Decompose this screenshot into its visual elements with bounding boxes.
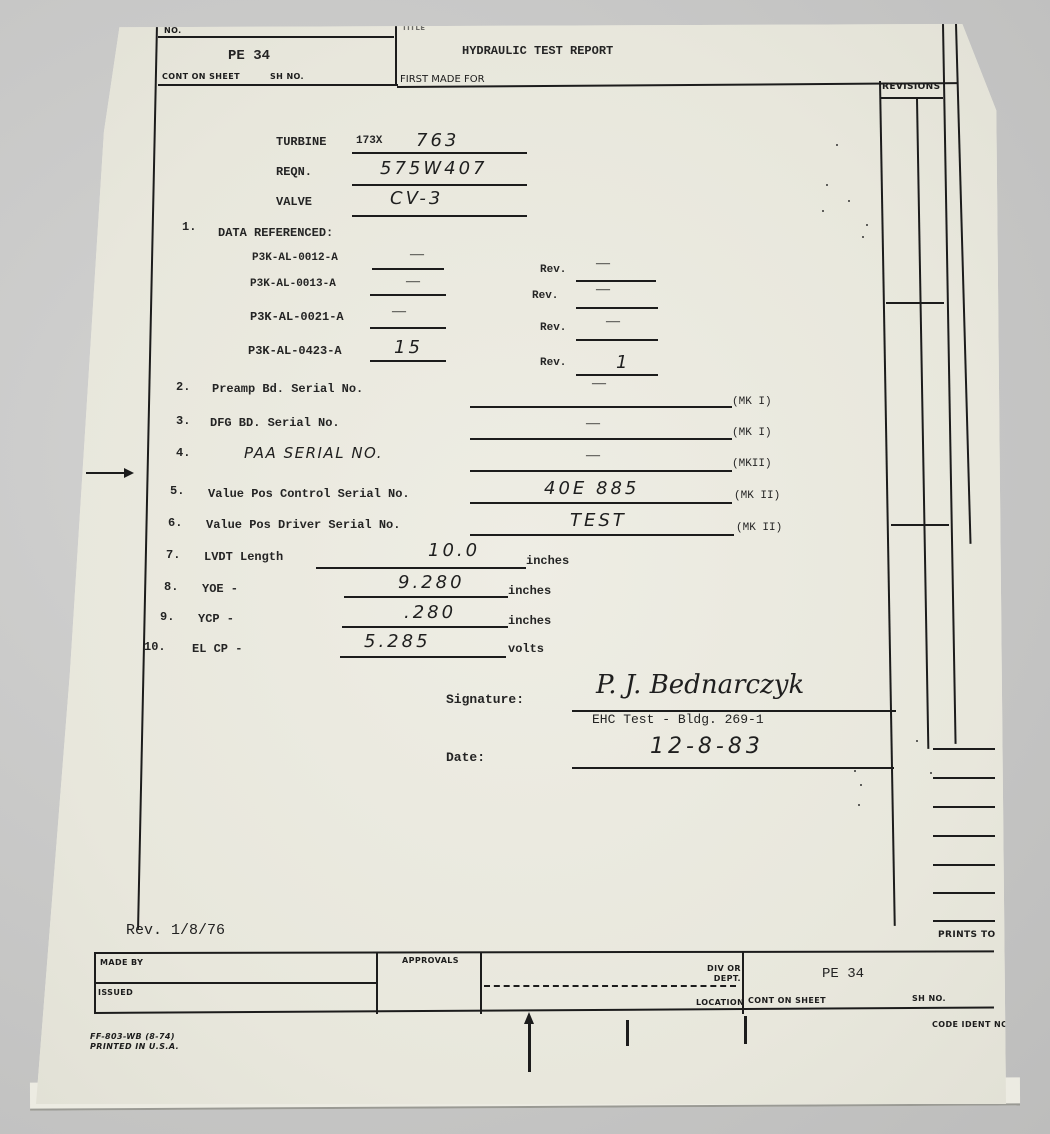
signature-label: Signature: xyxy=(446,692,524,707)
cont-on-sheet-label-top: CONT ON SHEET xyxy=(162,72,240,81)
data-ref-rev-label: Rev. xyxy=(532,290,558,302)
form-code: FF-803-WB (8-74) xyxy=(90,1032,175,1041)
data-ref-value[interactable]: — xyxy=(392,304,406,320)
data-ref-doc: P3K-AL-0013-A xyxy=(250,278,336,290)
data-ref-value[interactable]: — xyxy=(410,247,424,263)
item-suffix: (MK II) xyxy=(734,490,780,502)
cont-on-sheet-label-bottom: CONT ON SHEET xyxy=(748,996,826,1005)
item-value[interactable]: — xyxy=(586,448,600,464)
div-dept-dashed-line xyxy=(484,985,736,987)
item-number: 5. xyxy=(170,484,184,498)
item-number: 10. xyxy=(144,640,166,654)
signature-value[interactable]: P. J. Bednarczyk xyxy=(596,670,804,700)
item-number: 9. xyxy=(160,610,174,624)
item-value[interactable]: 9.280 xyxy=(398,572,465,593)
turbine-field-line xyxy=(352,152,527,154)
item-field-line xyxy=(342,626,508,628)
item-field-line xyxy=(344,596,508,598)
approvals-label: APPROVALS xyxy=(402,956,459,965)
item-field-line xyxy=(340,656,506,658)
turbine-value[interactable]: 763 xyxy=(416,130,459,151)
first-made-for-label: FIRST MADE FOR xyxy=(400,74,485,85)
top-divider xyxy=(158,36,394,38)
item-label: DFG BD. Serial No. xyxy=(210,416,340,430)
data-ref-rev-label: Rev. xyxy=(540,322,566,334)
valve-label: VALVE xyxy=(276,195,312,209)
valve-field-line xyxy=(352,215,527,217)
top-block-bottom xyxy=(158,84,398,86)
item-field-line xyxy=(470,502,732,504)
item-unit: inches xyxy=(508,584,551,598)
data-ref-doc: P3K-AL-0021-A xyxy=(250,310,344,324)
turbine-label: TURBINE xyxy=(276,135,326,149)
prints-row-1 xyxy=(933,748,995,750)
sheet-edge-line xyxy=(955,24,972,544)
item-label: YCP - xyxy=(198,612,234,626)
approvals-right xyxy=(480,952,482,1014)
item-label: Value Pos Control Serial No. xyxy=(208,487,410,501)
item-number: 6. xyxy=(168,516,182,530)
revisions-right-line xyxy=(942,24,957,744)
item-number: 4. xyxy=(176,446,190,460)
data-ref-rev-label: Rev. xyxy=(540,357,566,369)
reqn-label: REQN. xyxy=(276,165,312,179)
drawing-number-bottom: PE 34 xyxy=(822,966,864,982)
item-value[interactable]: 10.0 xyxy=(428,540,480,561)
signature-department: EHC Test - Bldg. 269-1 xyxy=(592,712,764,727)
item-value[interactable]: .280 xyxy=(404,602,456,623)
report-title: HYDRAULIC TEST REPORT xyxy=(462,44,613,58)
item-label: YOE - xyxy=(202,582,238,596)
data-ref-rev-value[interactable]: — xyxy=(596,256,610,272)
data-ref-rev-value[interactable]: — xyxy=(596,282,610,298)
drawing-number-top: PE 34 xyxy=(228,48,270,64)
location-label: LOCATION xyxy=(696,998,744,1007)
data-ref-rev-line xyxy=(576,280,656,282)
item-label-handwritten: PAA SERIAL NO. xyxy=(244,444,383,462)
approvals-left xyxy=(376,952,378,1014)
code-ident-label: CODE IDENT NO xyxy=(932,1020,1008,1029)
item-field-line xyxy=(316,567,526,569)
prints-row-6 xyxy=(933,892,995,894)
item-unit: inches xyxy=(526,554,569,568)
reqn-field-line xyxy=(352,184,527,186)
data-ref-rev-label: Rev. xyxy=(540,264,566,276)
data-ref-line xyxy=(370,360,446,362)
item-suffix: (MK I) xyxy=(732,427,772,439)
left-border-line xyxy=(137,24,158,929)
margin-arrow-shaft xyxy=(86,472,128,474)
item-unit: volts xyxy=(508,642,544,656)
item-number: 7. xyxy=(166,548,180,562)
item-value[interactable]: 40E 885 xyxy=(544,478,639,499)
item-value[interactable]: — xyxy=(592,376,606,392)
tick-mark xyxy=(626,1020,629,1046)
revisions-label: REVISIONS xyxy=(882,82,941,92)
valve-value[interactable]: CV-3 xyxy=(390,188,443,209)
form-revision: Rev. 1/8/76 xyxy=(126,922,225,939)
revisions-left-line xyxy=(879,81,896,926)
item-number: 8. xyxy=(164,580,178,594)
prints-row-3 xyxy=(933,806,995,808)
revisions-mid-line xyxy=(916,99,929,749)
prints-to-label: PRINTS TO xyxy=(938,930,996,940)
center-arrow-icon xyxy=(524,1012,534,1024)
issued-label: ISSUED xyxy=(98,988,133,997)
prints-row-7 xyxy=(933,920,995,922)
date-value[interactable]: 12-8-83 xyxy=(650,734,764,759)
item-label: EL CP - xyxy=(192,642,242,656)
prints-row-4 xyxy=(933,835,995,837)
item-field-line xyxy=(470,534,734,536)
item-number: 2. xyxy=(176,380,190,394)
tick-mark xyxy=(744,1016,747,1044)
data-ref-rev-value[interactable]: — xyxy=(606,314,620,330)
item-field-line xyxy=(470,470,732,472)
prints-row-2 xyxy=(933,777,995,779)
data-ref-doc: P3K-AL-0012-A xyxy=(252,252,338,264)
data-ref-value[interactable]: 15 xyxy=(394,337,423,358)
made-by-label: MADE BY xyxy=(100,958,143,967)
reqn-value[interactable]: 575W407 xyxy=(380,158,488,179)
revisions-row-line-2 xyxy=(891,524,949,526)
sh-no-label-top: SH NO. xyxy=(270,72,304,81)
data-ref-line xyxy=(372,268,444,270)
center-arrow-shaft xyxy=(528,1020,531,1072)
data-ref-rev-line xyxy=(576,339,658,341)
item-label: LVDT Length xyxy=(204,550,283,564)
item-unit: inches xyxy=(508,614,551,628)
title-separator xyxy=(395,24,397,86)
item-number: 3. xyxy=(176,414,190,428)
data-ref-rev-value[interactable]: 1 xyxy=(616,352,630,373)
made-by-divider xyxy=(96,982,376,984)
turbine-prefix: 173X xyxy=(356,135,382,147)
item-value[interactable]: TEST xyxy=(570,510,627,531)
item-value[interactable]: — xyxy=(586,416,600,432)
date-label: Date: xyxy=(446,750,485,765)
item-label: Preamp Bd. Serial No. xyxy=(212,382,363,396)
bottom-block-top xyxy=(94,950,994,954)
item-suffix: (MK II) xyxy=(736,522,782,534)
item-1-number: 1. xyxy=(182,220,196,234)
bottom-block-bottom xyxy=(94,1007,994,1014)
div-or-dept-label: DIV OR DEPT. xyxy=(701,964,741,984)
revisions-header-underline xyxy=(881,97,943,99)
revisions-row-line-1 xyxy=(886,302,944,304)
item-value[interactable]: 5.285 xyxy=(364,631,431,652)
data-referenced-heading: DATA REFERENCED: xyxy=(218,226,333,240)
data-ref-line xyxy=(370,294,446,296)
item-field-line xyxy=(470,406,732,408)
no-label: NO. xyxy=(164,26,182,35)
data-ref-doc: P3K-AL-0423-A xyxy=(248,344,342,358)
data-ref-value[interactable]: — xyxy=(406,274,420,290)
item-suffix: (MK I) xyxy=(732,396,772,408)
sh-no-label-bottom: SH NO. xyxy=(912,994,946,1003)
prints-row-5 xyxy=(933,864,995,866)
printed-in-usa: PRINTED IN U.S.A. xyxy=(90,1042,179,1051)
item-suffix: (MKII) xyxy=(732,458,772,470)
data-ref-line xyxy=(370,327,446,329)
title-caption: TITLE xyxy=(402,24,425,32)
item-label: Value Pos Driver Serial No. xyxy=(206,518,400,532)
hydraulic-test-report-sheet: NO. PE 34 CONT ON SHEET SH NO. TITLE HYD… xyxy=(36,24,1006,1104)
margin-arrow-icon xyxy=(124,468,134,478)
data-ref-rev-line xyxy=(576,307,658,309)
date-line xyxy=(572,767,894,769)
data-ref-rev-line xyxy=(576,374,658,376)
item-field-line xyxy=(470,438,732,440)
